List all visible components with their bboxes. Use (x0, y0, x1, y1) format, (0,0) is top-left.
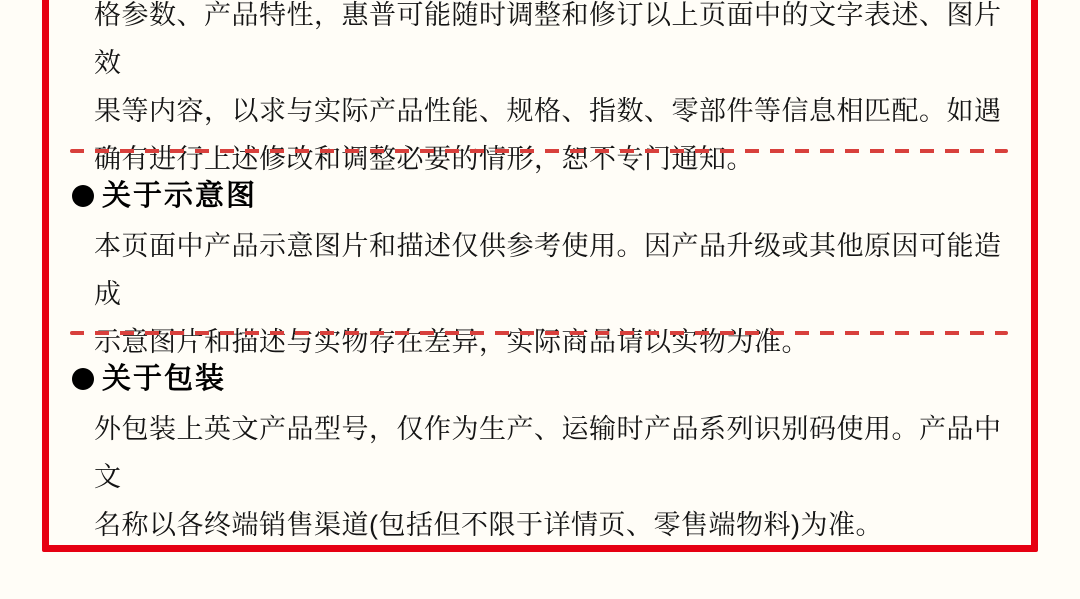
disclaimer-page: 格参数、产品特性，惠普可能随时调整和修订以上页面中的文字表述、图片效 果等内容，… (0, 0, 1080, 599)
section-body-schematic: 本页面中产品示意图片和描述仅供参考使用。因产品升级或其他原因可能造成 示意图片和… (94, 222, 1016, 366)
section-title: 关于示意图 (102, 181, 257, 211)
bullet-icon (72, 368, 94, 390)
disclaimer-intro-paragraph: 格参数、产品特性，惠普可能随时调整和修订以上页面中的文字表述、图片效 果等内容，… (94, 0, 1016, 183)
dashed-divider (70, 331, 1008, 335)
section-heading-packaging: 关于包装 (72, 364, 226, 394)
disclaimer-content: 格参数、产品特性，惠普可能随时调整和修订以上页面中的文字表述、图片效 果等内容，… (0, 0, 1080, 599)
dashed-divider (70, 149, 1008, 153)
section-body-packaging: 外包装上英文产品型号，仅作为生产、运输时产品系列识别码使用。产品中文 名称以各终… (94, 405, 1016, 549)
bullet-icon (72, 185, 94, 207)
section-title: 关于包装 (102, 364, 226, 394)
section-heading-schematic: 关于示意图 (72, 181, 257, 211)
